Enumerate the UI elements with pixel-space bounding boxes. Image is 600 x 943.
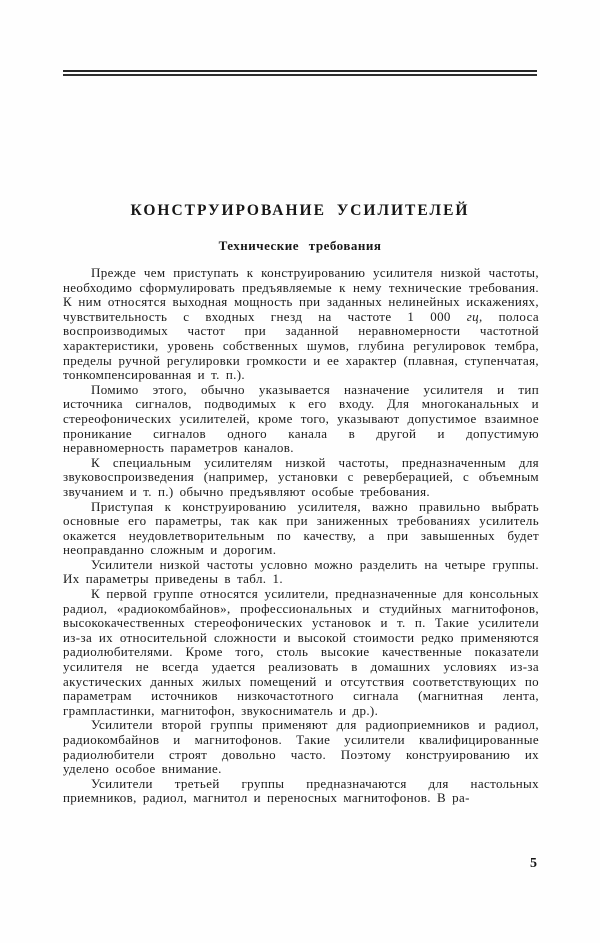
paragraph-6: К первой группе относятся усилители, пре… — [63, 587, 539, 718]
unit-hz-italic: гц — [467, 309, 479, 324]
chapter-title: КОНСТРУИРОВАНИЕ УСИЛИТЕЛЕЙ — [0, 202, 600, 220]
double-rule — [63, 70, 537, 76]
paragraph-4: Приступая к конструированию усилителя, в… — [63, 500, 539, 558]
paragraph-7: Усилители второй группы применяют для ра… — [63, 718, 539, 776]
paragraph-2: Помимо этого, обычно указывается назначе… — [63, 383, 539, 456]
body-text: Прежде чем приступать к конструированию … — [63, 266, 539, 806]
paragraph-3: К специальным усилителям низкой частоты,… — [63, 456, 539, 500]
page-number: 5 — [530, 856, 537, 872]
paragraph-1: Прежде чем приступать к конструированию … — [63, 266, 539, 383]
book-page: КОНСТРУИРОВАНИЕ УСИЛИТЕЛЕЙ Технические т… — [0, 0, 600, 943]
paragraph-8: Усилители третьей группы предназначаются… — [63, 777, 539, 806]
section-subtitle: Технические требования — [0, 238, 600, 254]
paragraph-5: Усилители низкой частоты условно можно р… — [63, 558, 539, 587]
